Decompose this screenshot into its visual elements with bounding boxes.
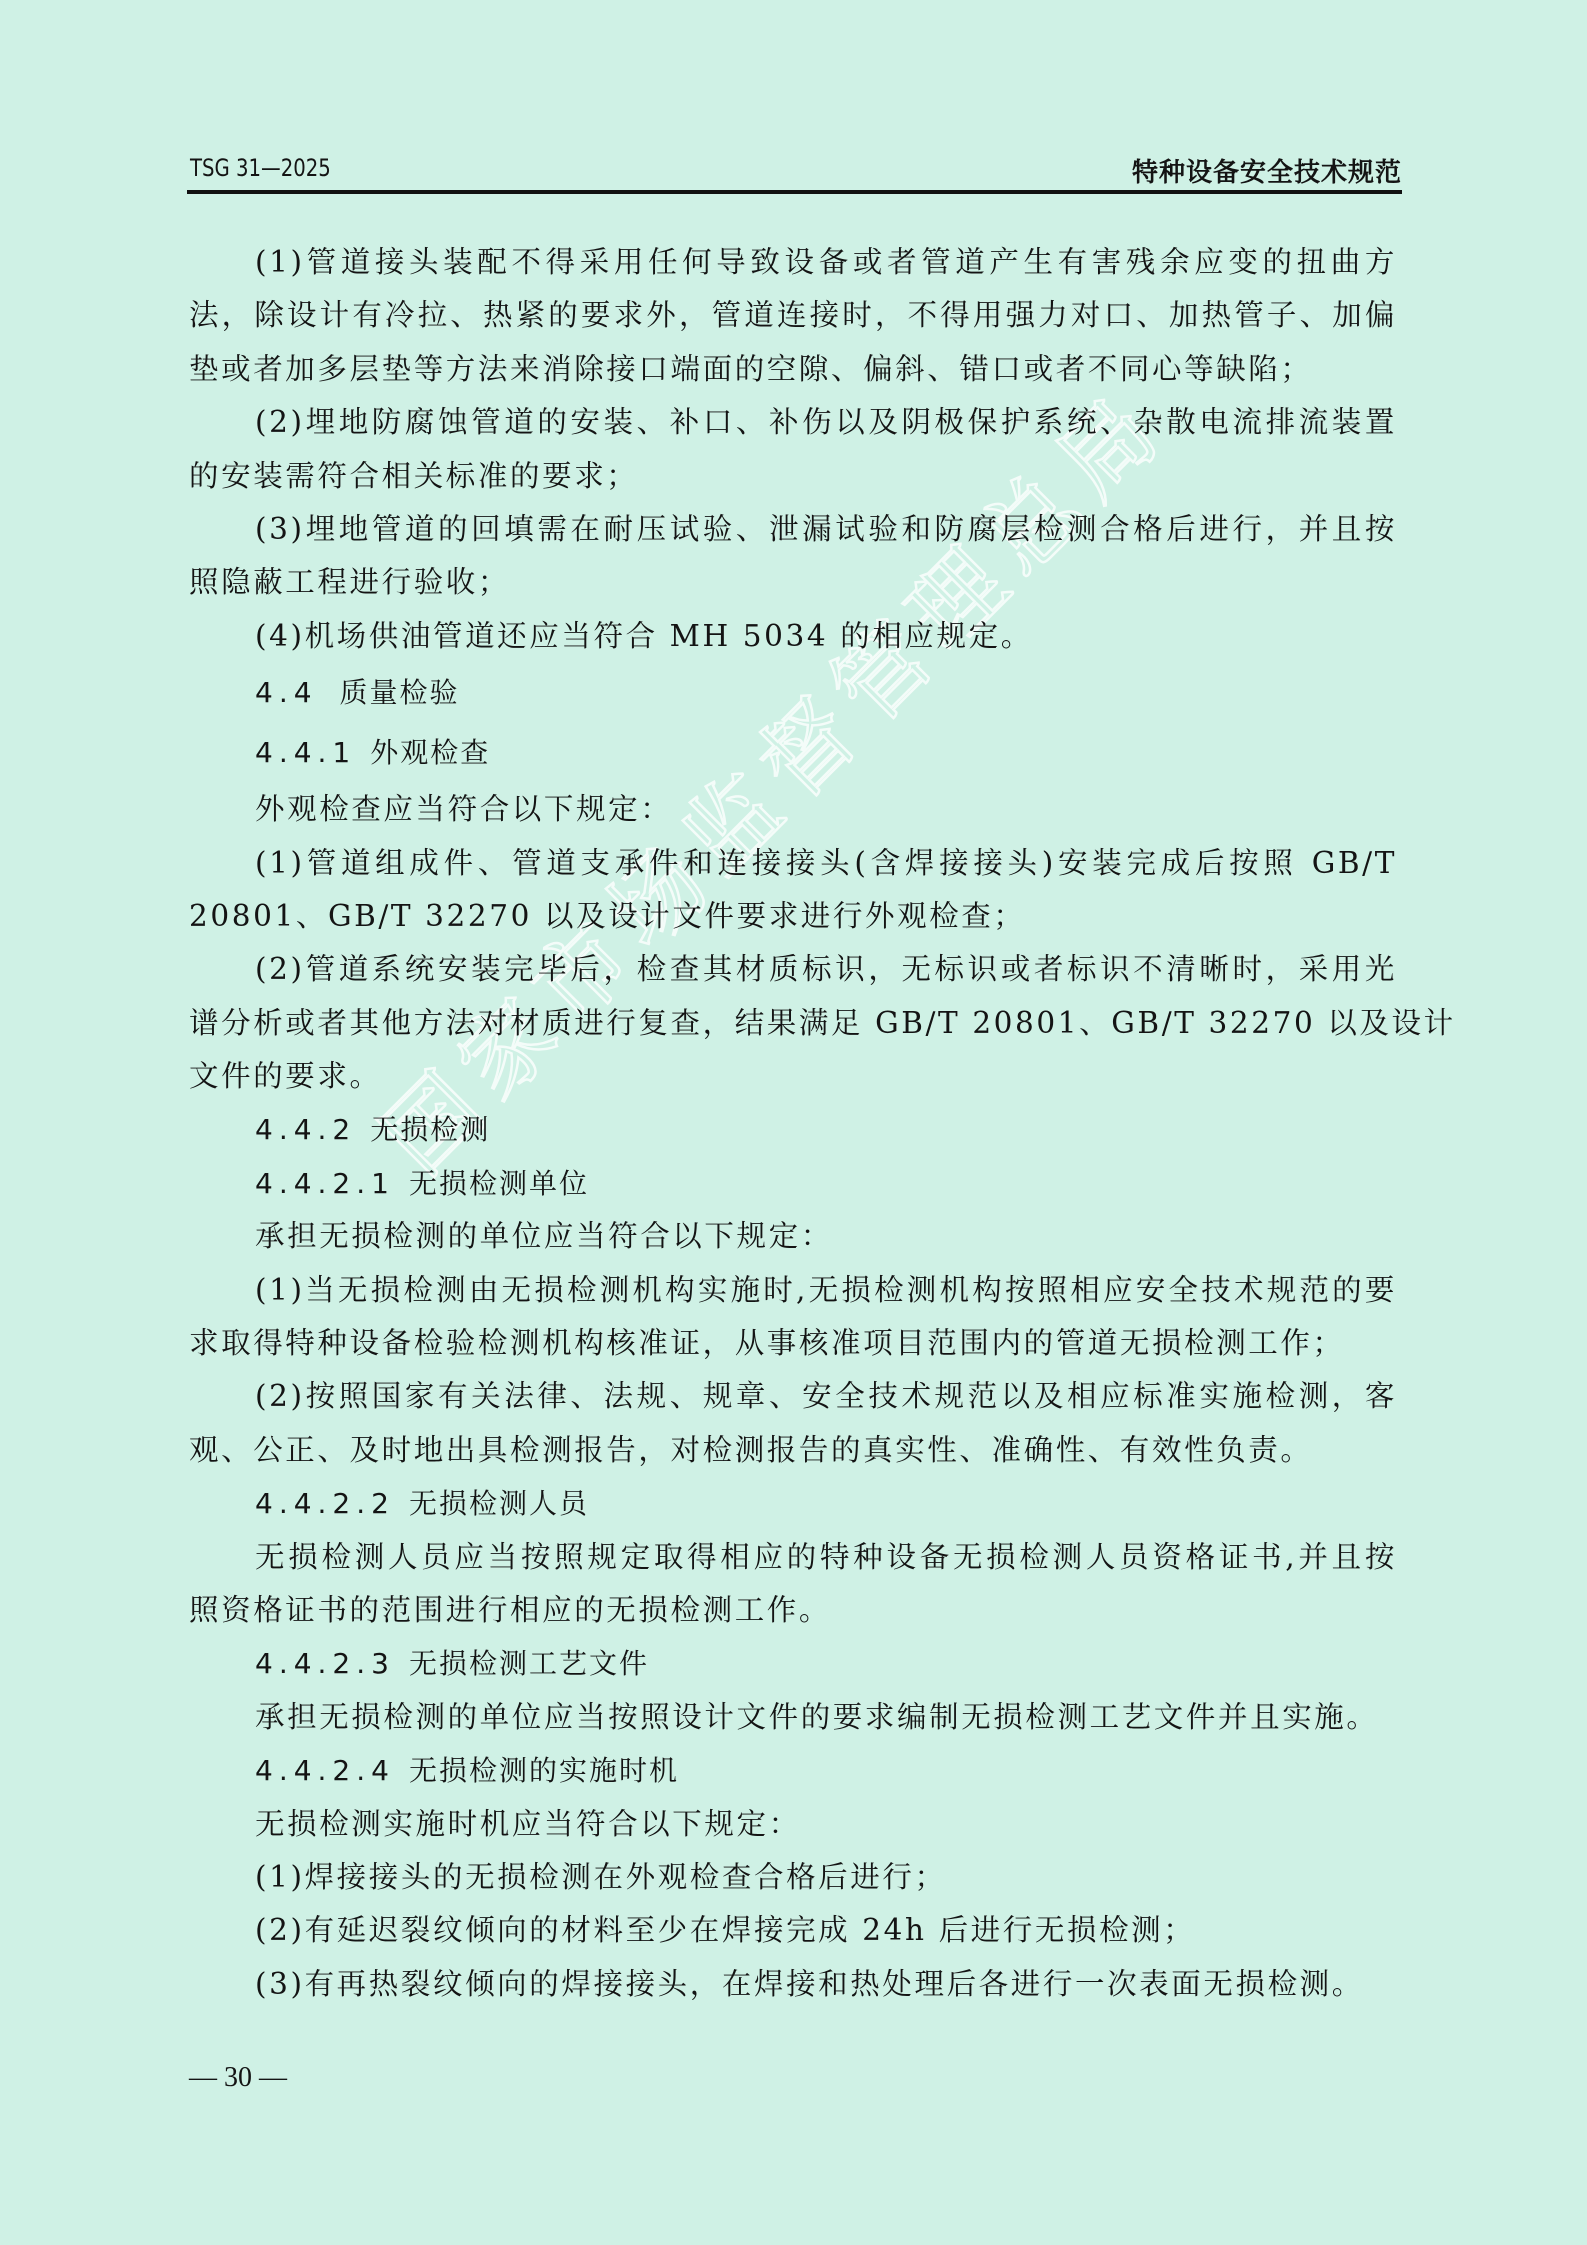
paragraph-line: (3)埋地管道的回填需在耐压试验、泄漏试验和防腐层检测合格后进行，并且按	[189, 503, 1397, 556]
paragraph-line: 承担无损检测的单位应当符合以下规定：	[189, 1210, 1404, 1263]
section-title: 质量检验	[340, 676, 460, 709]
paragraph-line: (1)管道组成件、管道支承件和连接接头(含焊接接头)安装完成后按照 GB/T	[189, 837, 1397, 890]
paragraph-line: 观、公正、及时地出具检测报告，对检测报告的真实性、准确性、有效性负责。	[189, 1424, 1404, 1477]
section-heading-4-4-2: 4.4.2无损检测	[189, 1103, 1404, 1156]
paragraph-line: 无损检测实施时机应当符合以下规定：	[189, 1798, 1404, 1851]
standard-series-title: 特种设备安全技术规范	[1132, 152, 1402, 189]
section-number: 4.4.2.2	[255, 1477, 395, 1530]
standard-code: TSG 31—2025	[190, 154, 331, 182]
paragraph-line: (2)管道系统安装完毕后，检查其材质标识，无标识或者标识不清晰时，采用光	[189, 943, 1397, 996]
section-title: 无损检测工艺文件	[409, 1647, 649, 1680]
section-number: 4.4	[255, 663, 318, 723]
section-heading-4-4-2-4: 4.4.2.4无损检测的实施时机	[189, 1744, 1404, 1797]
section-heading-4-4-1: 4.4.1外观检查	[189, 723, 1404, 783]
paragraph-line: 求取得特种设备检验检测机构核准证，从事核准项目范围内的管道无损检测工作；	[189, 1317, 1404, 1370]
section-title: 外观检查	[370, 736, 490, 769]
paragraph-line: 谱分析或者其他方法对材质进行复查，结果满足 GB/T 20801、GB/T 32…	[189, 997, 1397, 1050]
section-number: 4.4.2.4	[255, 1744, 395, 1797]
paragraph-line: 无损检测人员应当按照规定取得相应的特种设备无损检测人员资格证书,并且按	[189, 1531, 1397, 1584]
paragraph-line: 照资格证书的范围进行相应的无损检测工作。	[189, 1584, 1404, 1637]
document-body: (1)管道接头装配不得采用任何导致设备或者管道产生有害残余应变的扭曲方 法，除设…	[189, 236, 1404, 2011]
paragraph-line: 法，除设计有冷拉、热紧的要求外，管道连接时，不得用强力对口、加热管子、加偏	[189, 289, 1397, 342]
section-number: 4.4.2.1	[255, 1157, 395, 1210]
paragraph-line: 文件的要求。	[189, 1050, 1404, 1103]
section-heading-4-4-2-1: 4.4.2.1无损检测单位	[189, 1157, 1404, 1210]
section-number: 4.4.2	[255, 1103, 356, 1156]
section-heading-4-4: 4.4质量检验	[189, 663, 1404, 723]
section-number: 4.4.1	[255, 723, 356, 783]
page-number: — 30 —	[189, 2062, 287, 2094]
paragraph-line: (2)埋地防腐蚀管道的安装、补口、补伤以及阴极保护系统、杂散电流排流装置	[189, 396, 1397, 449]
page-header: TSG 31—2025 特种设备安全技术规范	[187, 150, 1402, 194]
paragraph-line: 垫或者加多层垫等方法来消除接口端面的空隙、偏斜、错口或者不同心等缺陷；	[189, 343, 1404, 396]
paragraph-line: (2)按照国家有关法律、法规、规章、安全技术规范以及相应标准实施检测，客	[189, 1370, 1397, 1423]
paragraph-line: 的安装需符合相关标准的要求；	[189, 450, 1404, 503]
section-number: 4.4.2.3	[255, 1637, 395, 1690]
section-title: 无损检测单位	[409, 1167, 589, 1200]
paragraph-line: (1)当无损检测由无损检测机构实施时,无损检测机构按照相应安全技术规范的要	[189, 1264, 1397, 1317]
paragraph-line: 20801、GB/T 32270 以及设计文件要求进行外观检查；	[189, 890, 1404, 943]
paragraph-line: 照隐蔽工程进行验收；	[189, 556, 1404, 609]
section-title: 无损检测的实施时机	[409, 1754, 679, 1787]
section-title: 无损检测人员	[409, 1487, 589, 1520]
section-heading-4-4-2-2: 4.4.2.2无损检测人员	[189, 1477, 1404, 1530]
list-item: (1)焊接接头的无损检测在外观检查合格后进行；	[189, 1851, 1404, 1904]
paragraph-line: 承担无损检测的单位应当按照设计文件的要求编制无损检测工艺文件并且实施。	[189, 1691, 1404, 1744]
paragraph-line: (1)管道接头装配不得采用任何导致设备或者管道产生有害残余应变的扭曲方	[189, 236, 1397, 289]
section-title: 无损检测	[370, 1113, 490, 1146]
section-heading-4-4-2-3: 4.4.2.3无损检测工艺文件	[189, 1637, 1404, 1690]
list-item: (2)有延迟裂纹倾向的材料至少在焊接完成 24h 后进行无损检测；	[189, 1904, 1404, 1957]
list-item: (3)有再热裂纹倾向的焊接接头，在焊接和热处理后各进行一次表面无损检测。	[189, 1958, 1404, 2011]
paragraph-line: (4)机场供油管道还应当符合 MH 5034 的相应规定。	[189, 610, 1404, 663]
paragraph-line: 外观检查应当符合以下规定：	[189, 783, 1404, 836]
